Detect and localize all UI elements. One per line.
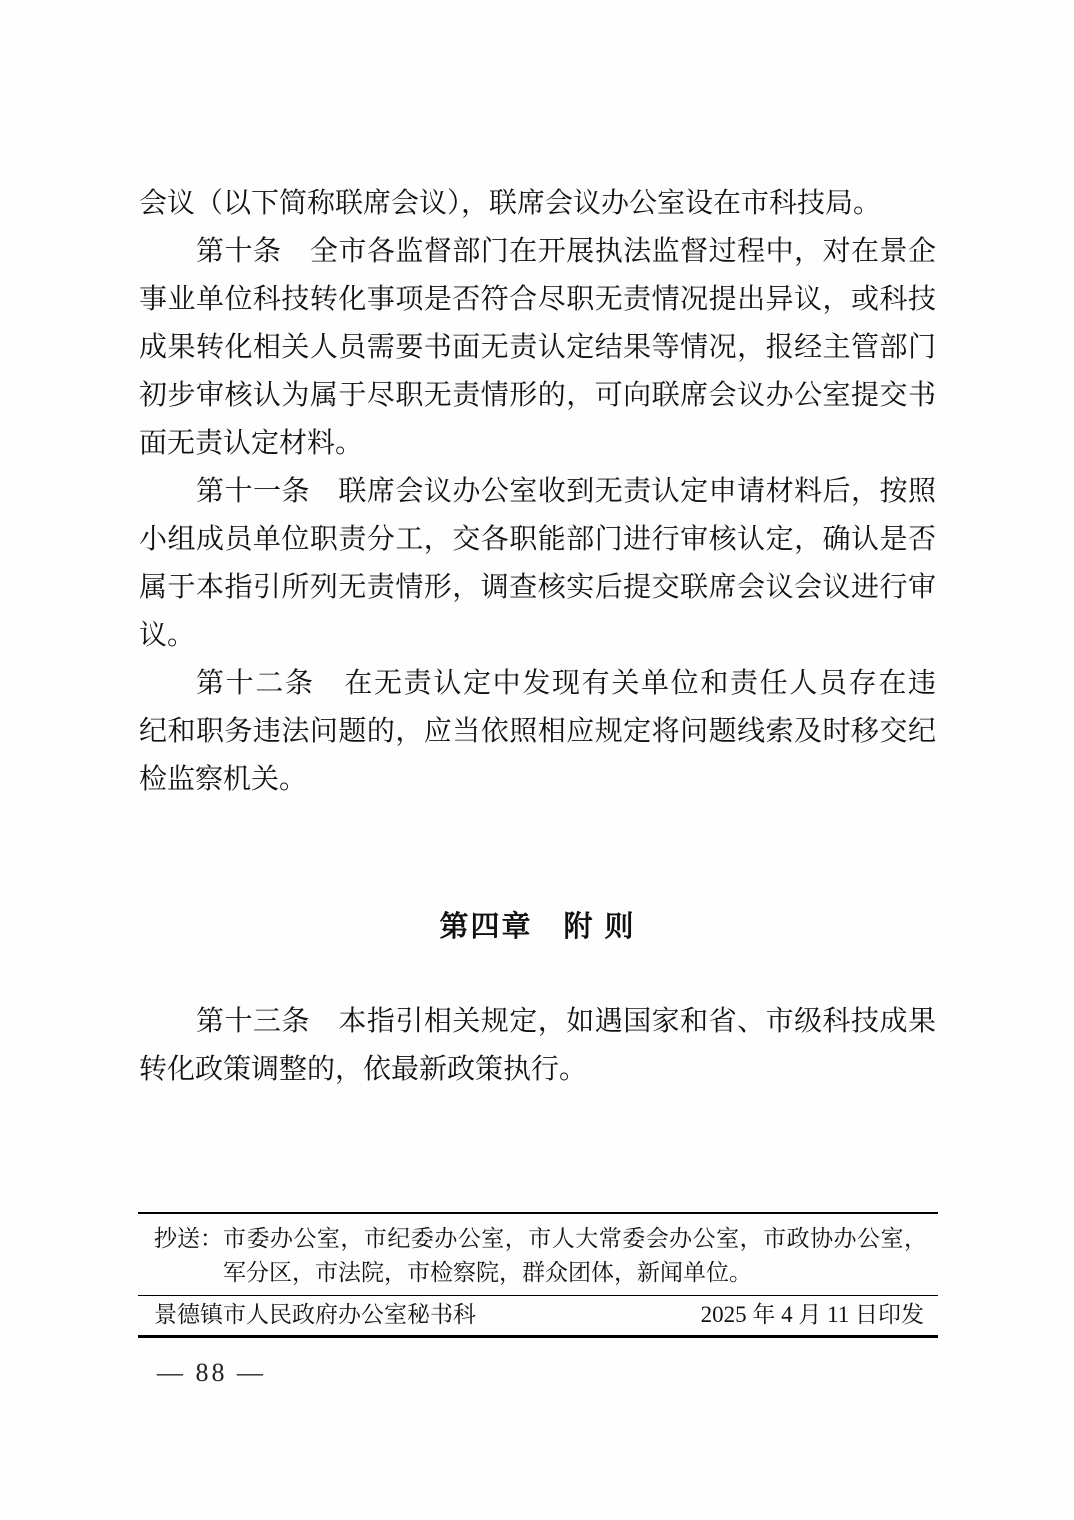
body-line: 事业单位科技转化事项是否符合尽职无责情况提出异议，或科技	[139, 276, 936, 324]
body-line: 属于本指引所列无责情形，调查核实后提交联席会议会议进行审	[139, 564, 936, 612]
body-line: 第十条 全市各监督部门在开展执法监督过程中，对在景企	[139, 228, 936, 276]
body-text-block: 会议（以下简称联席会议），联席会议办公室设在市科技局。第十条 全市各监督部门在开…	[139, 180, 936, 804]
body-line: 会议（以下简称联席会议），联席会议办公室设在市科技局。	[139, 180, 936, 228]
copy-to-footer: 抄送： 市委办公室，市纪委办公室，市人大常委会办公室，市政协办公室，军分区，市法…	[138, 1212, 938, 1338]
closing-line: 转化政策调整的，依最新政策执行。	[139, 1046, 936, 1094]
document-page: 会议（以下简称联席会议），联席会议办公室设在市科技局。第十条 全市各监督部门在开…	[0, 0, 1074, 1520]
body-line: 议。	[139, 612, 936, 660]
body-line: 面无责认定材料。	[139, 420, 936, 468]
body-line: 成果转化相关人员需要书面无责认定结果等情况，报经主管部门	[139, 324, 936, 372]
body-line: 第十二条 在无责认定中发现有关单位和责任人员存在违	[139, 660, 936, 708]
copy-to-line: 市委办公室，市纪委办公室，市人大常委会办公室，市政协办公室，	[223, 1222, 927, 1256]
body-line: 小组成员单位职责分工，交各职能部门进行审核认定，确认是否	[139, 516, 936, 564]
chapter-heading: 第四章 附 则	[139, 903, 936, 951]
closing-line: 第十三条 本指引相关规定，如遇国家和省、市级科技成果	[139, 998, 936, 1046]
body-line: 纪和职务违法问题的，应当依照相应规定将问题线索及时移交纪	[139, 708, 936, 756]
body-line: 检监察机关。	[139, 756, 936, 804]
body-line: 第十一条 联席会议办公室收到无责认定申请材料后，按照	[139, 468, 936, 516]
copy-to-line: 军分区，市法院，市检察院，群众团体，新闻单位。	[223, 1256, 927, 1290]
copy-to-recipients: 市委办公室，市纪委办公室，市人大常委会办公室，市政协办公室，军分区，市法院，市检…	[223, 1222, 927, 1290]
print-date: 2025 年 4 月 11 日印发	[701, 1301, 924, 1329]
page-number: — 88 —	[157, 1358, 266, 1388]
issuing-office: 景德镇市人民政府办公室秘书科	[154, 1301, 476, 1329]
copy-to-row: 抄送： 市委办公室，市纪委办公室，市人大常委会办公室，市政协办公室，军分区，市法…	[138, 1214, 938, 1296]
body-line: 初步审核认为属于尽职无责情形的，可向联席会议办公室提交书	[139, 372, 936, 420]
issuer-row: 景德镇市人民政府办公室秘书科 2025 年 4 月 11 日印发	[138, 1296, 938, 1335]
copy-to-label: 抄送：	[154, 1222, 223, 1290]
closing-text-block: 第十三条 本指引相关规定，如遇国家和省、市级科技成果转化政策调整的，依最新政策执…	[139, 998, 936, 1094]
